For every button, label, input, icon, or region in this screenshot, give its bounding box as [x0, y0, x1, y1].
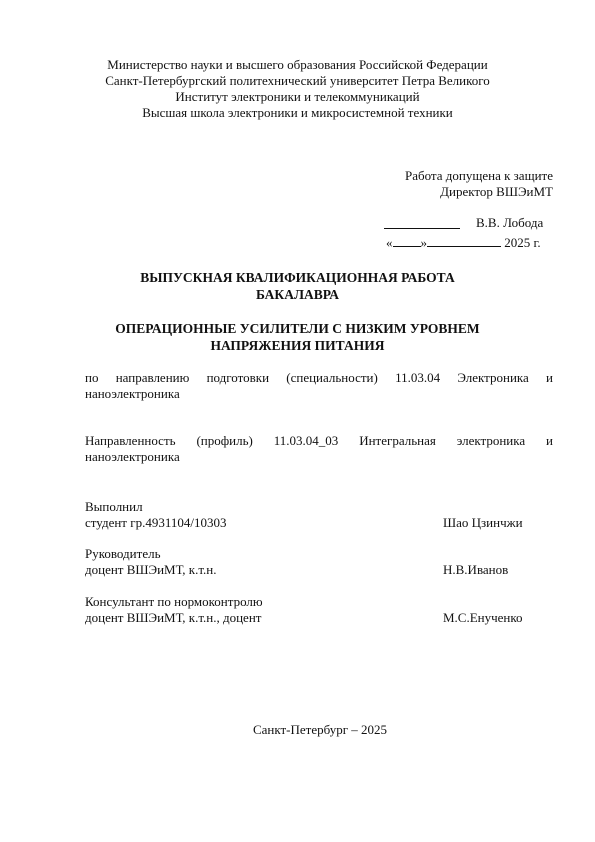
signature-role: Выполнил	[85, 499, 555, 515]
profile-paragraph: Направленность (профиль) 11.03.04_03 Инт…	[85, 433, 553, 465]
director-signature-row: В.В. Лобода	[384, 215, 559, 231]
institution-header: Министерство науки и высшего образования…	[0, 57, 595, 121]
profile-line-2: наноэлектроника	[85, 449, 553, 465]
signature-line	[384, 215, 460, 229]
approval-position: Директор ВШЭиМТ	[293, 184, 553, 200]
signature-details-row: студент гр.4931104/10303 Шао Цзинчжи	[85, 515, 555, 531]
direction-line-2: наноэлектроника	[85, 386, 553, 402]
signature-name: М.С.Енученко	[443, 610, 523, 626]
signature-block-normcontrol: Консультант по нормоконтролю доцент ВШЭи…	[85, 594, 555, 626]
signature-details: студент гр.4931104/10303	[85, 515, 226, 530]
title-line-2: БАКАЛАВРА	[0, 287, 595, 304]
signature-details-row: доцент ВШЭиМТ, к.т.н., доцент М.С.Енучен…	[85, 610, 555, 626]
approval-admitted: Работа допущена к защите	[293, 168, 553, 184]
profile-line-1: Направленность (профиль) 11.03.04_03 Инт…	[85, 433, 553, 449]
director-name: В.В. Лобода	[476, 215, 543, 231]
school-line: Высшая школа электроники и микросистемно…	[0, 105, 595, 121]
approval-block: Работа допущена к защите Директор ВШЭиМТ	[293, 168, 553, 200]
day-blank	[393, 234, 421, 247]
university-line: Санкт-Петербургский политехнический унив…	[0, 73, 595, 89]
date-year: 2025 г.	[504, 235, 540, 250]
signature-details-row: доцент ВШЭиМТ, к.т.н. Н.В.Иванов	[85, 562, 555, 578]
footer-city-year: Санкт-Петербург – 2025	[0, 722, 595, 738]
title-line-1: ВЫПУСКНАЯ КВАЛИФИКАЦИОННАЯ РАБОТА	[0, 270, 595, 287]
topic-line-2: НАПРЯЖЕНИЯ ПИТАНИЯ	[0, 338, 595, 355]
ministry-line: Министерство науки и высшего образования…	[0, 57, 595, 73]
thesis-topic: ОПЕРАЦИОННЫЕ УСИЛИТЕЛИ С НИЗКИМ УРОВНЕМ …	[0, 321, 595, 355]
signature-details: доцент ВШЭиМТ, к.т.н., доцент	[85, 610, 261, 625]
month-blank	[427, 234, 501, 247]
signature-role: Руководитель	[85, 546, 555, 562]
signature-role: Консультант по нормоконтролю	[85, 594, 555, 610]
direction-line-1: по направлению подготовки (специальности…	[85, 370, 553, 386]
signature-name: Н.В.Иванов	[443, 562, 508, 578]
direction-paragraph: по направлению подготовки (специальности…	[85, 370, 553, 402]
signature-name: Шао Цзинчжи	[443, 515, 523, 531]
signature-block-supervisor: Руководитель доцент ВШЭиМТ, к.т.н. Н.В.И…	[85, 546, 555, 578]
signature-details: доцент ВШЭиМТ, к.т.н.	[85, 562, 216, 577]
approval-date-row: «» 2025 г.	[386, 234, 541, 251]
signature-block-author: Выполнил студент гр.4931104/10303 Шао Цз…	[85, 499, 555, 531]
institute-line: Институт электроники и телекоммуникаций	[0, 89, 595, 105]
topic-line-1: ОПЕРАЦИОННЫЕ УСИЛИТЕЛИ С НИЗКИМ УРОВНЕМ	[0, 321, 595, 338]
work-type-title: ВЫПУСКНАЯ КВАЛИФИКАЦИОННАЯ РАБОТА БАКАЛА…	[0, 270, 595, 304]
